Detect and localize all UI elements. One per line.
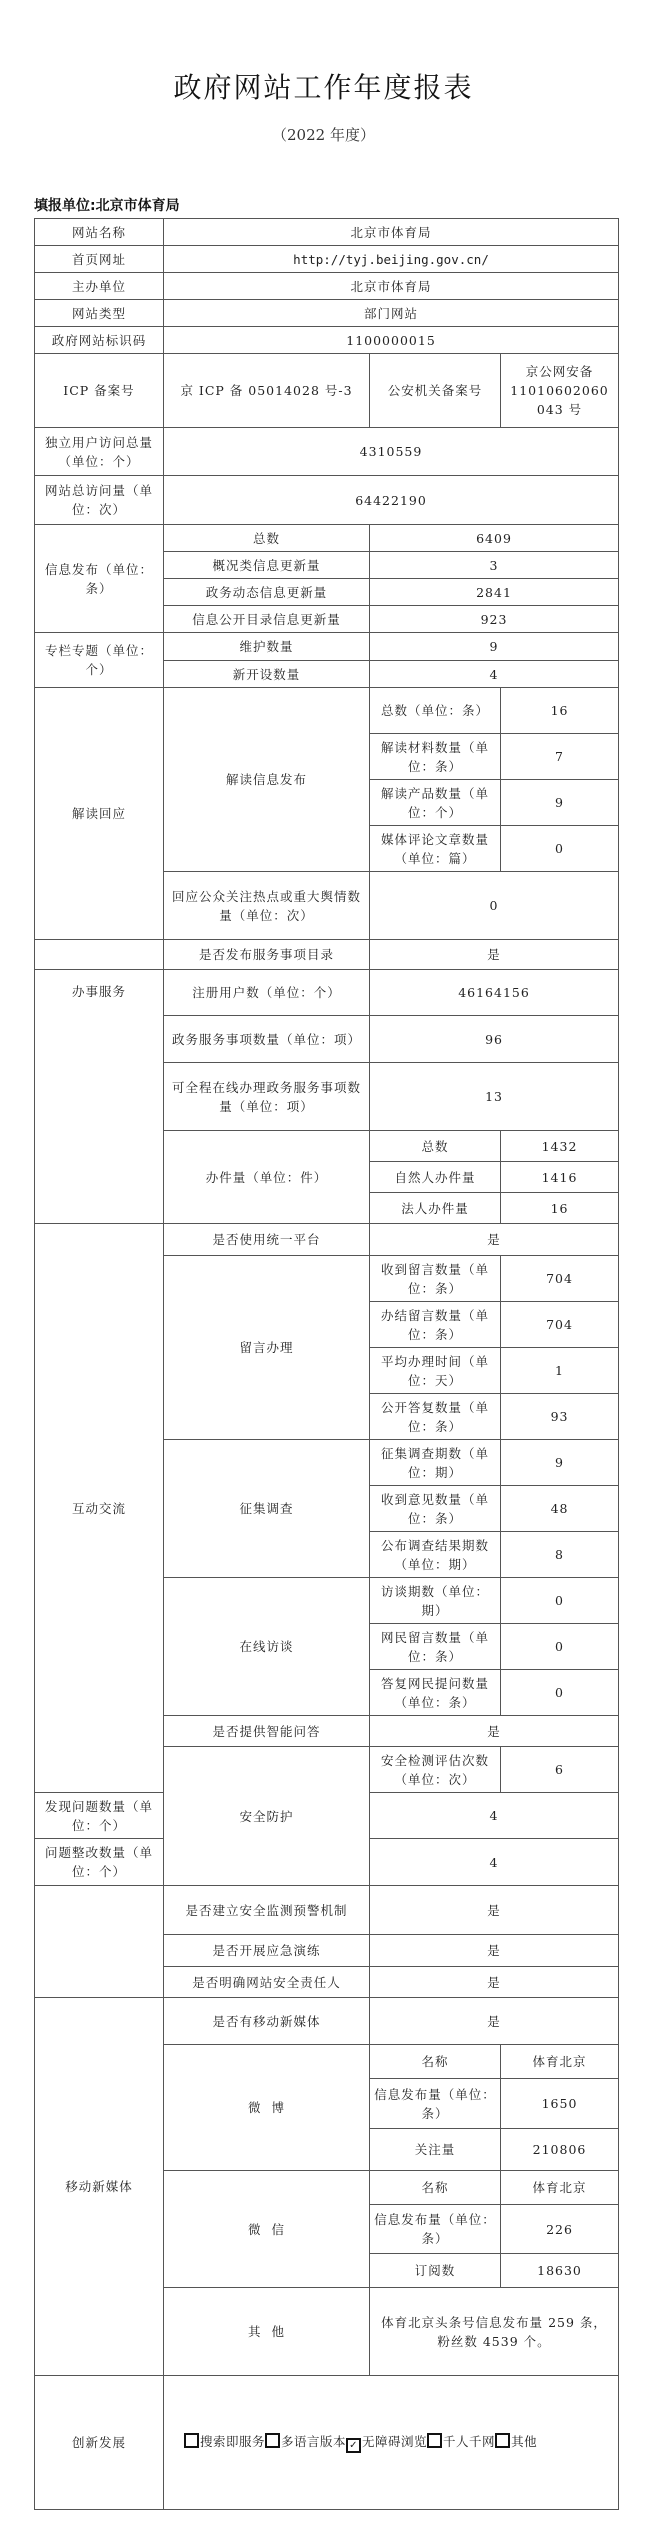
cell-label: 是否有移动新媒体 [164, 1998, 370, 2045]
cell-value: 16 [501, 688, 619, 734]
cell-value: 4 [370, 661, 619, 688]
cell-label: 征集调查期数（单位：期） [370, 1440, 501, 1486]
checkbox-personalized[interactable]: 千人千网 [427, 2434, 495, 2449]
cell-value: 4 [370, 1839, 619, 1886]
table-row: 专栏专题（单位：个）维护数量9 [35, 633, 619, 661]
checkbox-other[interactable]: 其他 [495, 2434, 537, 2449]
cell-label: 解读产品数量（单位：个） [370, 780, 501, 826]
cell-label: 办件量（单位：件） [164, 1131, 370, 1224]
cell-label: 解读材料数量（单位：条） [370, 734, 501, 780]
report-table: 网站名称北京市体育局 首页网址http://tyj.beijing.gov.cn… [34, 218, 619, 2510]
cell-value: 是 [370, 1716, 619, 1747]
cell-value: 1416 [501, 1162, 619, 1193]
cell-label: 微 信 [164, 2171, 370, 2288]
cell-value: 体育北京 [501, 2171, 619, 2205]
cell-label: 是否明确网站安全责任人 [164, 1967, 370, 1998]
cell-label: 总数 [370, 1131, 501, 1162]
table-row: 互动交流是否使用统一平台是 [35, 1224, 619, 1256]
cell-value: 6409 [370, 525, 619, 552]
cell-value: 0 [501, 1578, 619, 1624]
cell-value: 是 [370, 1935, 619, 1967]
cell-value: 是 [370, 940, 619, 970]
cell-value: 京 ICP 备 05014028 号-3 [164, 354, 370, 428]
cell-label: 网站名称 [35, 219, 164, 246]
cell-value: 96 [370, 1016, 619, 1063]
cell-label: 访谈期数（单位：期） [370, 1578, 501, 1624]
cell-label: 可全程在线办理政务服务事项数量（单位：项） [164, 1063, 370, 1131]
cell-label: 法人办件量 [370, 1193, 501, 1224]
cell-label: 概况类信息更新量 [164, 552, 370, 579]
cell-value: 0 [501, 1624, 619, 1670]
cell-value: 1 [501, 1348, 619, 1394]
cell-label: 是否使用统一平台 [164, 1224, 370, 1256]
page-title: 政府网站工作年度报表 [0, 66, 647, 106]
table-row: 办事服务注册用户数（单位：个）46164156 [35, 970, 619, 1016]
checkbox-icon [265, 2433, 280, 2448]
cell-label: 信息发布量（单位：条） [370, 2079, 501, 2129]
cell-label: 关注量 [370, 2129, 501, 2171]
cell-label: 首页网址 [35, 246, 164, 273]
cell-label: 是否发布服务事项目录 [164, 940, 370, 970]
cell-value: 是 [370, 1967, 619, 1998]
cell-label: 网站总访问量（单位：次） [35, 476, 164, 525]
cell-label: 政府网站标识码 [35, 327, 164, 354]
report-year: （2022 年度） [0, 124, 647, 145]
section-label: 办事服务 [35, 970, 164, 1224]
cell-label: 办结留言数量（单位：条） [370, 1302, 501, 1348]
cell-label: 信息发布量（单位：条） [370, 2205, 501, 2254]
section-label: 解读回应 [35, 688, 164, 940]
cell-value: 北京市体育局 [164, 219, 619, 246]
table-row: 信息发布（单位：条）总数6409 [35, 525, 619, 552]
cell-label: 公布调查结果期数（单位：期） [370, 1532, 501, 1578]
cell-value: 是 [370, 1998, 619, 2045]
cell-label: 网民留言数量（单位：条） [370, 1624, 501, 1670]
cell-label: 总数 [164, 525, 370, 552]
checkbox-accessibility[interactable]: ✓无障碍浏览 [346, 2434, 427, 2449]
cell-label: 信息公开目录信息更新量 [164, 606, 370, 633]
table-row: 网站类型部门网站 [35, 300, 619, 327]
cell-label: 维护数量 [164, 633, 370, 661]
cell-label: 微 博 [164, 2045, 370, 2171]
table-row: 政府网站标识码1100000015 [35, 327, 619, 354]
section-label: 信息发布（单位：条） [35, 525, 164, 633]
cell-label: ICP 备案号 [35, 354, 164, 428]
cell-value: 1100000015 [164, 327, 619, 354]
cell-label: 解读信息发布 [164, 688, 370, 872]
cell-value: 13 [370, 1063, 619, 1131]
cell-value: 64422190 [164, 476, 619, 525]
cell-value: 1432 [501, 1131, 619, 1162]
empty-cell [35, 940, 164, 970]
checkbox-checked-icon: ✓ [346, 2438, 361, 2453]
cell-value: 1650 [501, 2079, 619, 2129]
cell-label: 发现问题数量（单位：个） [35, 1793, 164, 1839]
table-row: 独立用户访问总量（单位：个）4310559 [35, 428, 619, 476]
cell-value: 9 [501, 1440, 619, 1486]
cell-label: 征集调查 [164, 1440, 370, 1578]
cell-label: 主办单位 [35, 273, 164, 300]
cell-value: 48 [501, 1486, 619, 1532]
cell-label: 在线访谈 [164, 1578, 370, 1716]
cell-value: 4 [370, 1793, 619, 1839]
table-row: 解读回应解读信息发布总数（单位：条）16 [35, 688, 619, 734]
checkbox-icon [184, 2433, 199, 2448]
cell-label: 新开设数量 [164, 661, 370, 688]
cell-value: 部门网站 [164, 300, 619, 327]
cell-label: 政务动态信息更新量 [164, 579, 370, 606]
cell-value: 是 [370, 1886, 619, 1935]
cell-label: 是否提供智能问答 [164, 1716, 370, 1747]
innovation-options: 搜索即服务多语言版本✓无障碍浏览千人千网其他 [164, 2376, 619, 2510]
checkbox-multilingual[interactable]: 多语言版本 [265, 2434, 346, 2449]
cell-value: 体育北京头条号信息发布量 259 条，粉丝数 4539 个。 [370, 2288, 619, 2376]
section-label: 互动交流 [35, 1224, 164, 1793]
cell-label: 公安机关备案号 [370, 354, 501, 428]
cell-value: 6 [501, 1747, 619, 1793]
cell-label: 收到意见数量（单位：条） [370, 1486, 501, 1532]
cell-value: 0 [501, 1670, 619, 1716]
table-row: 主办单位北京市体育局 [35, 273, 619, 300]
cell-value: 是 [370, 1224, 619, 1256]
checkbox-search-service[interactable]: 搜索即服务 [184, 2434, 265, 2449]
cell-label: 总数（单位：条） [370, 688, 501, 734]
cell-label: 平均办理时间（单位：天） [370, 1348, 501, 1394]
cell-label: 政务服务事项数量（单位：项） [164, 1016, 370, 1063]
table-row: 网站名称北京市体育局 [35, 219, 619, 246]
table-row: 网站总访问量（单位：次）64422190 [35, 476, 619, 525]
cell-value: 18630 [501, 2254, 619, 2288]
cell-value: 923 [370, 606, 619, 633]
cell-label: 媒体评论文章数量（单位：篇） [370, 826, 501, 872]
cell-value: 93 [501, 1394, 619, 1440]
cell-value: 46164156 [370, 970, 619, 1016]
checkbox-icon [427, 2433, 442, 2448]
cell-label: 独立用户访问总量（单位：个） [35, 428, 164, 476]
cell-value: 2841 [370, 579, 619, 606]
cell-label: 公开答复数量（单位：条） [370, 1394, 501, 1440]
section-label: 创新发展 [35, 2376, 164, 2510]
table-row: 是否建立安全监测预警机制是 [35, 1886, 619, 1935]
cell-value: 3 [370, 552, 619, 579]
cell-value: 北京市体育局 [164, 273, 619, 300]
cell-value: 4310559 [164, 428, 619, 476]
cell-label: 是否开展应急演练 [164, 1935, 370, 1967]
cell-label: 安全检测评估次数（单位：次） [370, 1747, 501, 1793]
section-label: 专栏专题（单位：个） [35, 633, 164, 688]
cell-value: 226 [501, 2205, 619, 2254]
cell-label: 注册用户数（单位：个） [164, 970, 370, 1016]
cell-value: 9 [370, 633, 619, 661]
cell-value: 京公网安备 11010602060 043 号 [501, 354, 619, 428]
checkbox-icon [495, 2433, 510, 2448]
section-label: 安全防护 [164, 1747, 370, 1886]
cell-label: 自然人办件量 [370, 1162, 501, 1193]
reporting-unit: 填报单位:北京市体育局 [34, 195, 180, 215]
cell-value: 704 [501, 1302, 619, 1348]
cell-value: 0 [501, 826, 619, 872]
cell-value: 9 [501, 780, 619, 826]
cell-label: 答复网民提问数量（单位：条） [370, 1670, 501, 1716]
cell-value: 体育北京 [501, 2045, 619, 2079]
table-row: 首页网址http://tyj.beijing.gov.cn/ [35, 246, 619, 273]
cell-label: 名称 [370, 2171, 501, 2205]
cell-label: 是否建立安全监测预警机制 [164, 1886, 370, 1935]
cell-label: 订阅数 [370, 2254, 501, 2288]
cell-value: 0 [370, 872, 619, 940]
section-label: 移动新媒体 [35, 1998, 164, 2376]
cell-value: 7 [501, 734, 619, 780]
cell-value: 8 [501, 1532, 619, 1578]
table-row: ICP 备案号京 ICP 备 05014028 号-3公安机关备案号京公网安备 … [35, 354, 619, 428]
cell-label: 回应公众关注热点或重大舆情数量（单位：次） [164, 872, 370, 940]
cell-label: 收到留言数量（单位：条） [370, 1256, 501, 1302]
table-row: 移动新媒体是否有移动新媒体是 [35, 1998, 619, 2045]
cell-label: 留言办理 [164, 1256, 370, 1440]
homepage-link[interactable]: http://tyj.beijing.gov.cn/ [164, 246, 619, 273]
cell-label: 网站类型 [35, 300, 164, 327]
cell-label: 问题整改数量（单位：个） [35, 1839, 164, 1886]
cell-label: 名称 [370, 2045, 501, 2079]
cell-value: 210806 [501, 2129, 619, 2171]
cell-value: 704 [501, 1256, 619, 1302]
cell-label: 其 他 [164, 2288, 370, 2376]
table-row: 是否发布服务事项目录是 [35, 940, 619, 970]
table-row: 创新发展 搜索即服务多语言版本✓无障碍浏览千人千网其他 [35, 2376, 619, 2510]
cell-value: 16 [501, 1193, 619, 1224]
empty-cell [35, 1886, 164, 1998]
